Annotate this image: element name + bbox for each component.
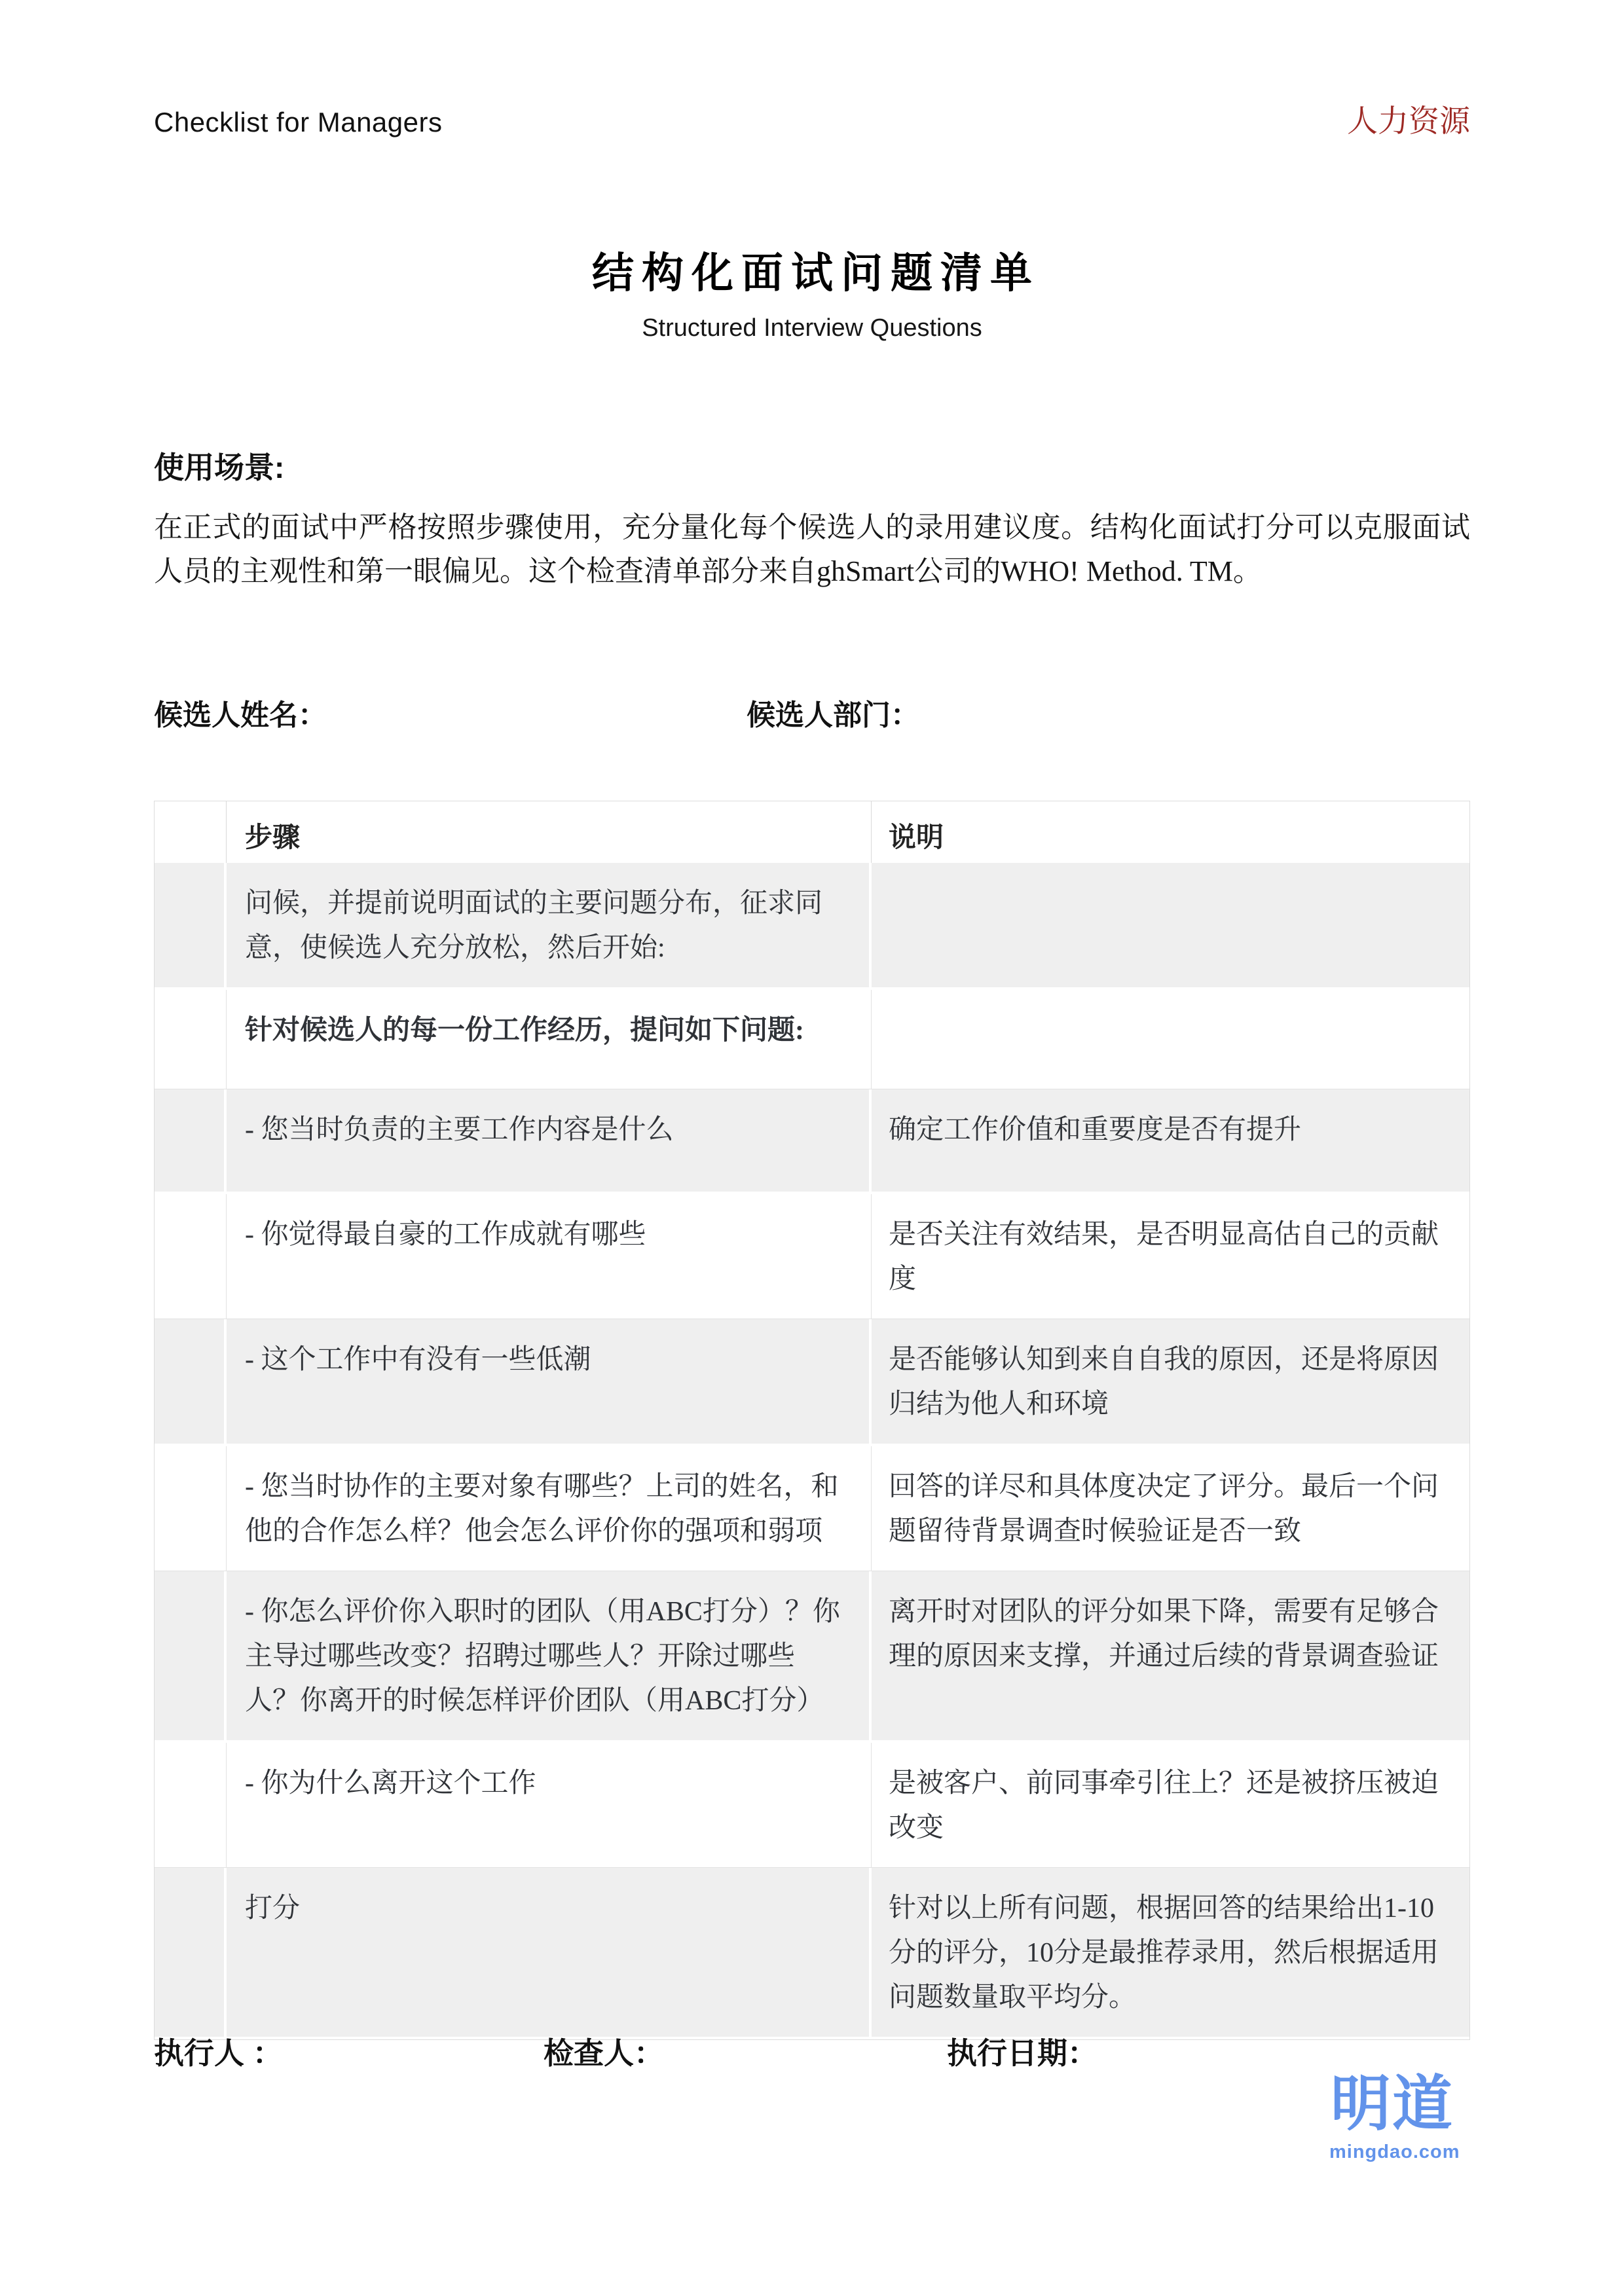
row-desc-cell: 是否能够认知到来自自我的原因，还是将原因归结为他人和环境	[872, 1319, 1469, 1446]
row-desc-cell: 是否关注有效结果，是否明显高估自己的贡献度	[872, 1194, 1469, 1319]
title-block: 结构化面试问题清单 Structured Interview Questions	[0, 240, 1624, 342]
row-step-cell: - 你为什么离开这个工作	[227, 1743, 872, 1868]
row-step-cell: - 您当时负责的主要工作内容是什么	[227, 1089, 872, 1194]
row-desc-cell: 回答的详尽和具体度决定了评分。最后一个问题留待背景调查时候验证是否一致	[872, 1446, 1469, 1571]
table-body: 问候，并提前说明面试的主要问题分布，征求同意，使候选人充分放松，然后开始: 针对…	[155, 863, 1469, 2039]
row-index-cell	[155, 1089, 227, 1194]
row-index-cell	[155, 863, 227, 990]
table-header-row: 步骤 说明	[155, 801, 1469, 863]
row-desc-cell: 是被客户、前同事牵引往上？还是被挤压被迫改变	[872, 1743, 1469, 1868]
row-index-cell	[155, 1446, 227, 1571]
table-row: 打分 针对以上所有问题，根据回答的结果给出1-10分的评分，10分是最推荐录用，…	[155, 1868, 1469, 2039]
candidate-name-label: 候选人姓名：	[154, 691, 327, 733]
row-index-cell	[155, 990, 227, 1089]
row-desc-cell: 针对以上所有问题，根据回答的结果给出1-10分的评分，10分是最推荐录用，然后根…	[872, 1868, 1469, 2039]
candidate-dept-label: 候选人部门：	[747, 691, 919, 733]
doc-header-category: 人力资源	[1347, 97, 1470, 141]
row-step-cell: 打分	[227, 1868, 872, 2039]
mingdao-logo-domain: mingdao.com	[1329, 2141, 1455, 2163]
row-step-cell: - 你怎么评价你入职时的团队（用ABC打分）？你主导过哪些改变？招聘过哪些人？开…	[227, 1571, 872, 1743]
usage-scenario-label: 使用场景:	[154, 444, 284, 487]
table-row: - 你怎么评价你入职时的团队（用ABC打分）？你主导过哪些改变？招聘过哪些人？开…	[155, 1571, 1469, 1743]
row-index-cell	[155, 1194, 227, 1319]
table-row: - 你为什么离开这个工作 是被客户、前同事牵引往上？还是被挤压被迫改变	[155, 1743, 1469, 1868]
mingdao-logo: 明道 mingdao.com	[1329, 2073, 1455, 2163]
mingdao-logo-wordmark: 明道	[1329, 2073, 1455, 2136]
row-step-cell: 问候，并提前说明面试的主要问题分布，征求同意，使候选人充分放松，然后开始:	[227, 863, 872, 990]
execution-date-label: 执行日期：	[947, 2030, 1098, 2073]
row-desc-cell	[872, 863, 1469, 990]
row-desc-cell: 确定工作价值和重要度是否有提升	[872, 1089, 1469, 1194]
row-index-cell	[155, 1743, 227, 1868]
table-header-index-cell	[155, 801, 227, 863]
interview-question-table: 步骤 说明 问候，并提前说明面试的主要问题分布，征求同意，使候选人充分放松，然后…	[154, 801, 1470, 2040]
doc-header-title: Checklist for Managers	[154, 107, 443, 138]
table-header-step: 步骤	[227, 801, 872, 863]
table-row: 问候，并提前说明面试的主要问题分布，征求同意，使候选人充分放松，然后开始:	[155, 863, 1469, 990]
page-subtitle: Structured Interview Questions	[0, 314, 1624, 342]
page-title: 结构化面试问题清单	[0, 240, 1624, 300]
table-row: - 这个工作中有没有一些低潮 是否能够认知到来自自我的原因，还是将原因归结为他人…	[155, 1319, 1469, 1446]
table-row: 针对候选人的每一份工作经历，提问如下问题:	[155, 990, 1469, 1089]
row-index-cell	[155, 1868, 227, 2039]
row-desc-cell	[872, 990, 1469, 1089]
table-header-desc: 说明	[872, 801, 1469, 863]
row-step-cell: - 你觉得最自豪的工作成就有哪些	[227, 1194, 872, 1319]
executor-label: 执行人 ：	[154, 2030, 283, 2073]
table-row: - 您当时协作的主要对象有哪些？上司的姓名，和他的合作怎么样？他会怎么评价你的强…	[155, 1446, 1469, 1571]
row-step-cell: - 您当时协作的主要对象有哪些？上司的姓名，和他的合作怎么样？他会怎么评价你的强…	[227, 1446, 872, 1571]
usage-scenario-text: 在正式的面试中严格按照步骤使用，充分量化每个候选人的录用建议度。结构化面试打分可…	[154, 505, 1470, 593]
row-step-cell: 针对候选人的每一份工作经历，提问如下问题:	[227, 990, 872, 1089]
row-desc-cell: 离开时对团队的评分如果下降，需要有足够合理的原因来支撑，并通过后续的背景调查验证	[872, 1571, 1469, 1743]
document-page: Checklist for Managers 人力资源 结构化面试问题清单 St…	[0, 0, 1624, 2296]
table-row: - 您当时负责的主要工作内容是什么 确定工作价值和重要度是否有提升	[155, 1089, 1469, 1194]
row-step-cell: - 这个工作中有没有一些低潮	[227, 1319, 872, 1446]
row-index-cell	[155, 1319, 227, 1446]
doc-header: Checklist for Managers 人力资源	[154, 97, 1470, 141]
row-index-cell	[155, 1571, 227, 1743]
table-row: - 你觉得最自豪的工作成就有哪些 是否关注有效结果，是否明显高估自己的贡献度	[155, 1194, 1469, 1319]
checker-label: 检查人：	[544, 2030, 664, 2073]
